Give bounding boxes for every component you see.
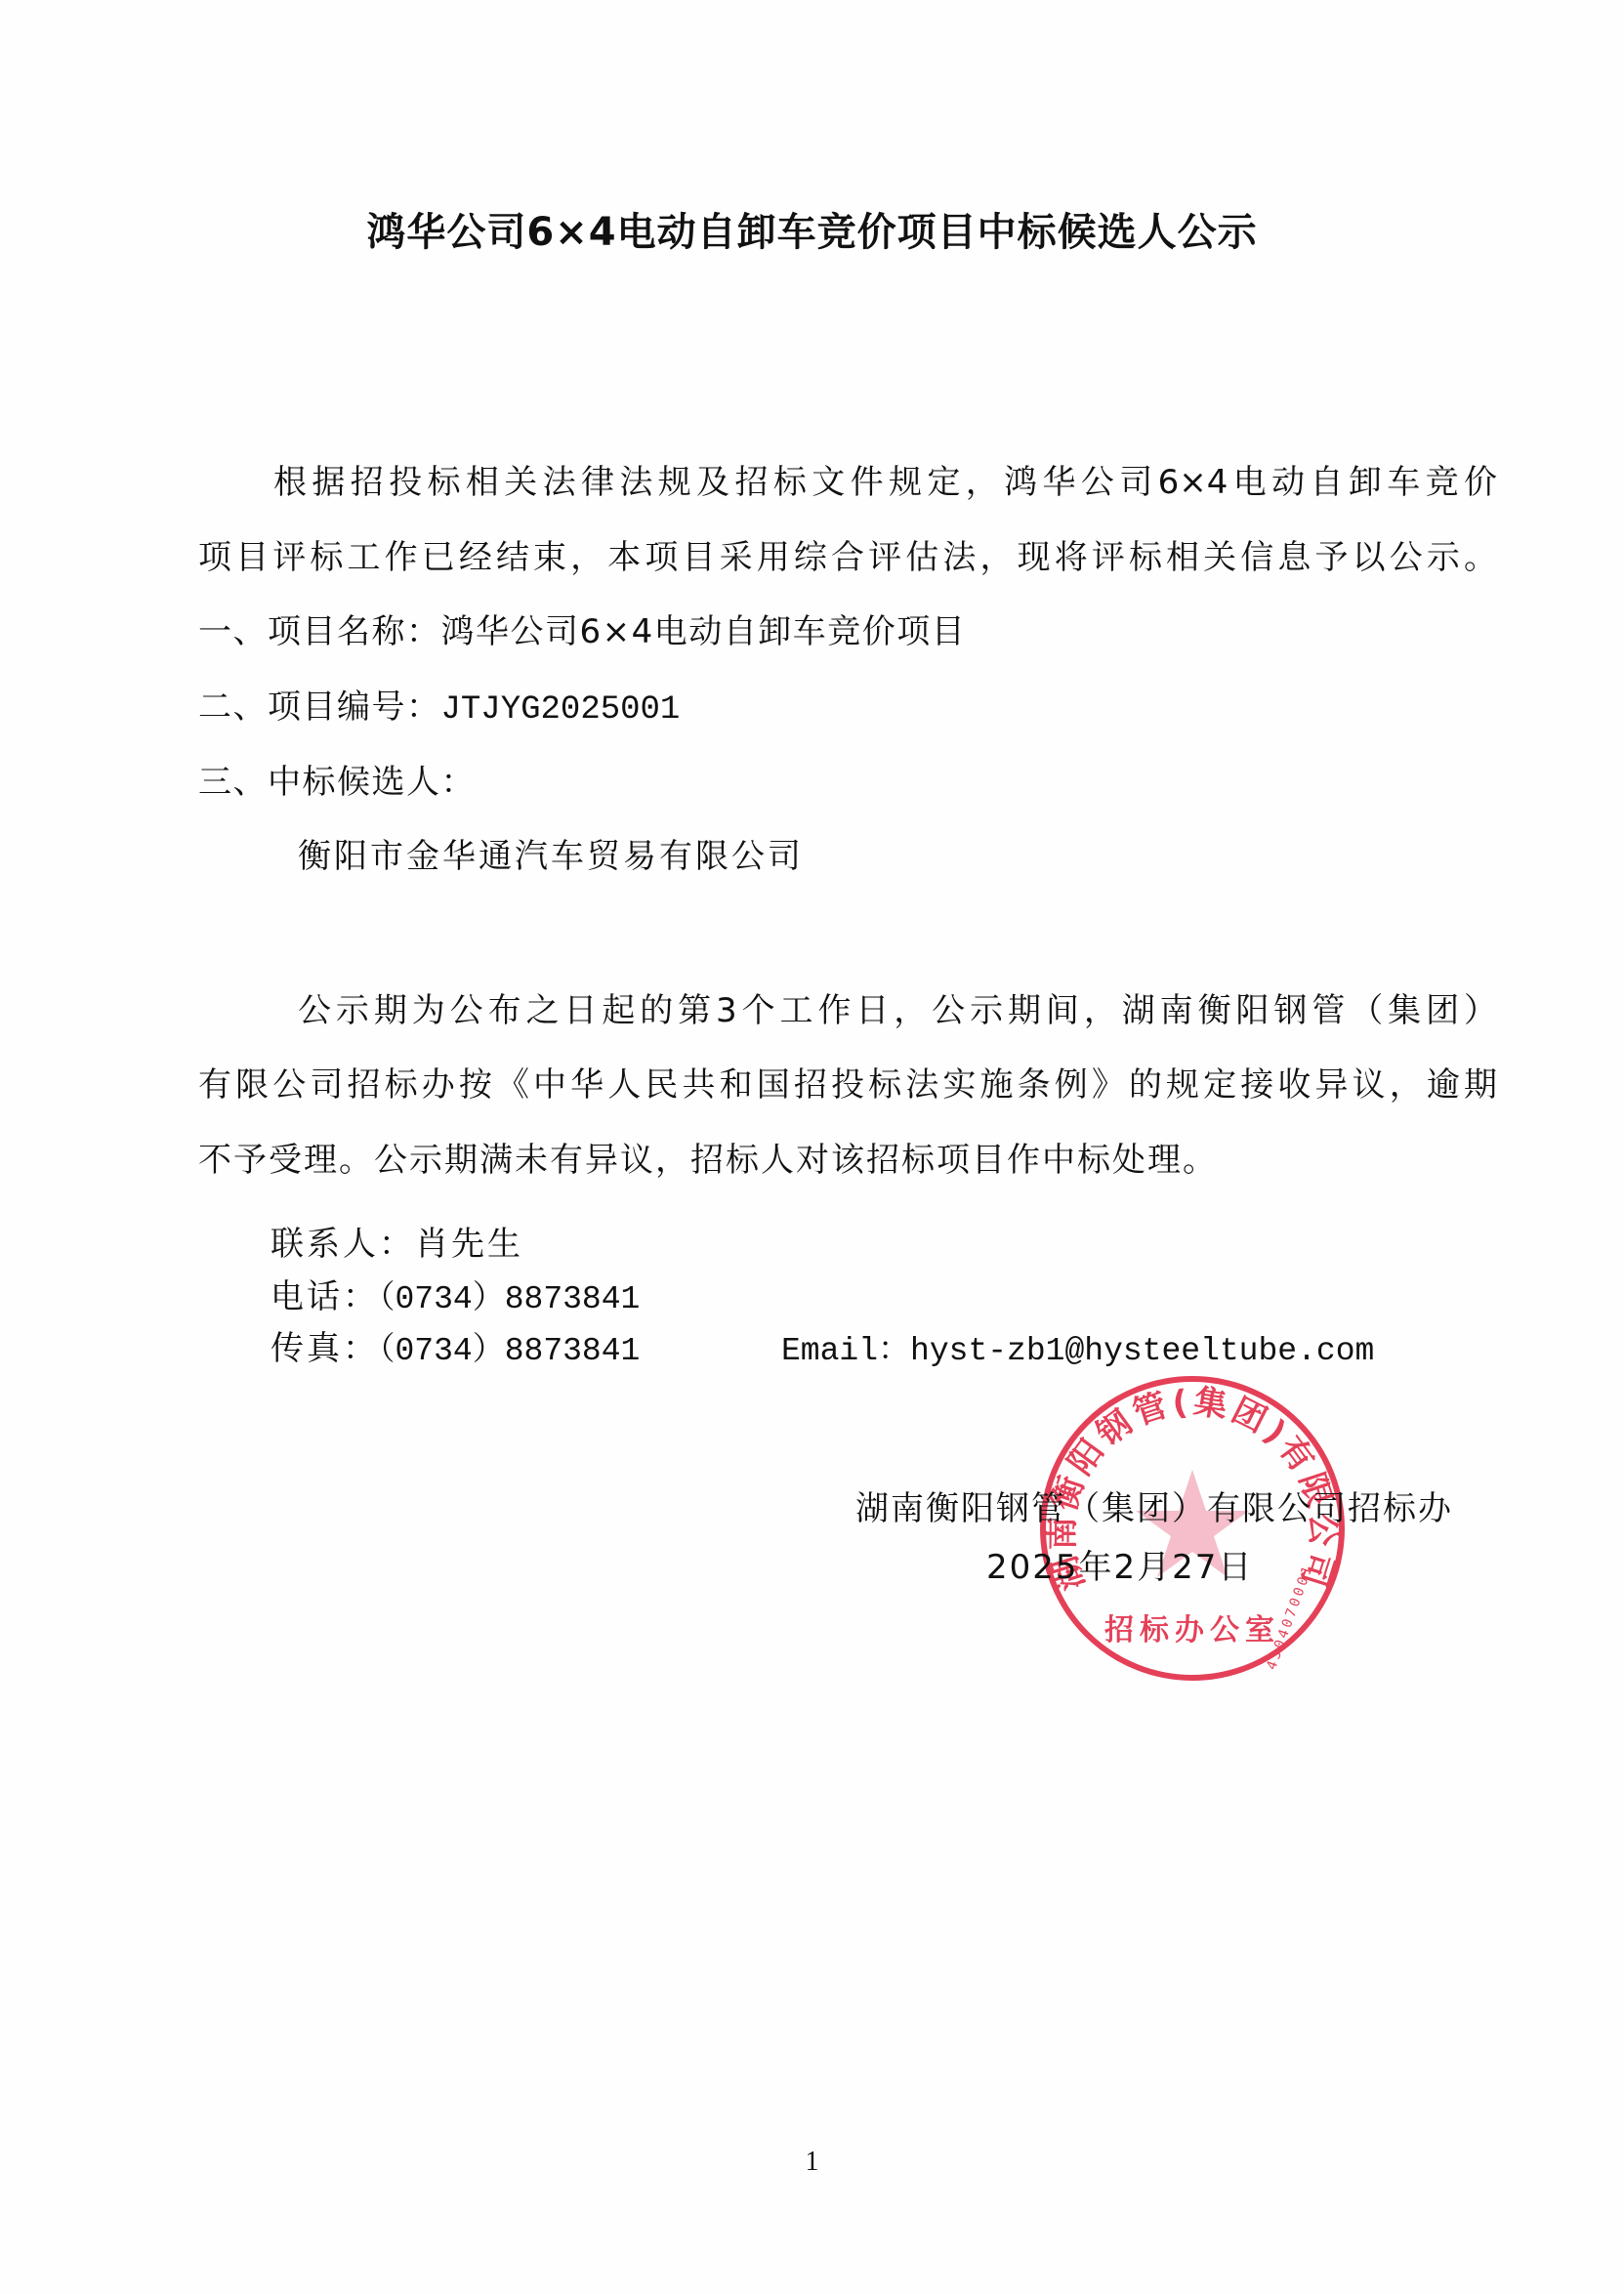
notice-paragraph-line-3: 不予受理。公示期满未有异议，招标人对该招标项目作中标处理。	[198, 1136, 1218, 1185]
page-number: 1	[0, 2147, 1624, 2178]
contact-person-row: 联系人：肖先生	[271, 1220, 523, 1269]
contact-fax-row: 传真：（0734）8873841	[271, 1324, 640, 1376]
project-name-value: 鸿华公司6×4电动自卸车竞价项目	[441, 612, 967, 651]
winning-candidate-name: 衡阳市金华通汽车贸易有限公司	[298, 832, 804, 881]
notice-paragraph-line-1: 公示期为公布之日起的第3个工作日，公示期间，湖南衡阳钢管（集团）	[298, 986, 1497, 1035]
email-value: hyst-zb1@hysteeltube.com	[910, 1333, 1374, 1369]
notice-paragraph-line-2: 有限公司招标办按《中华人民共和国招投标法实施条例》的规定接收异议，逾期	[198, 1061, 1497, 1109]
contact-phone-row: 电话：（0734）8873841	[271, 1272, 640, 1324]
section-project-number: 二、项目编号：JTJYG2025001	[198, 683, 680, 734]
fax-label: 传真：	[271, 1329, 379, 1368]
svg-text:招标办公室: 招标办公室	[1104, 1613, 1280, 1648]
phone-label: 电话：	[271, 1277, 379, 1316]
signature-organization: 湖南衡阳钢管（集团）有限公司招标办	[855, 1484, 1453, 1533]
email-label: Email：	[781, 1333, 910, 1369]
page-title: 鸿华公司6×4电动自卸车竞价项目中标候选人公示	[0, 203, 1624, 262]
intro-paragraph-line-2: 项目评标工作已经结束，本项目采用综合评估法，现将评标相关信息予以公示。	[198, 533, 1497, 582]
project-number-value: JTJYG2025001	[441, 691, 681, 729]
document-page: 湖南衡阳钢管(集团)有限公司 招标办公室 4304070001 鸿华公司6×4电…	[0, 0, 1624, 2294]
contact-person-label: 联系人：	[271, 1225, 415, 1264]
contact-email-row: Email：hyst-zb1@hysteeltube.com	[781, 1324, 1374, 1376]
contact-person-value: 肖先生	[415, 1225, 523, 1264]
section-label: 三、中标候选人：	[198, 763, 476, 802]
section-label: 一、项目名称：	[198, 612, 441, 651]
fax-value: （0734）8873841	[379, 1333, 640, 1369]
phone-value: （0734）8873841	[379, 1281, 640, 1317]
intro-paragraph-line-1: 根据招投标相关法律法规及招标文件规定，鸿华公司6×4电动自卸车竞价	[273, 458, 1497, 507]
section-label: 二、项目编号：	[198, 688, 441, 727]
section-winning-candidate: 三、中标候选人：	[198, 758, 476, 807]
svg-text:4304070001: 4304070001	[1264, 1562, 1316, 1672]
signature-date: 2025年2月27日	[986, 1543, 1253, 1592]
section-project-name: 一、项目名称：鸿华公司6×4电动自卸车竞价项目	[198, 607, 966, 656]
